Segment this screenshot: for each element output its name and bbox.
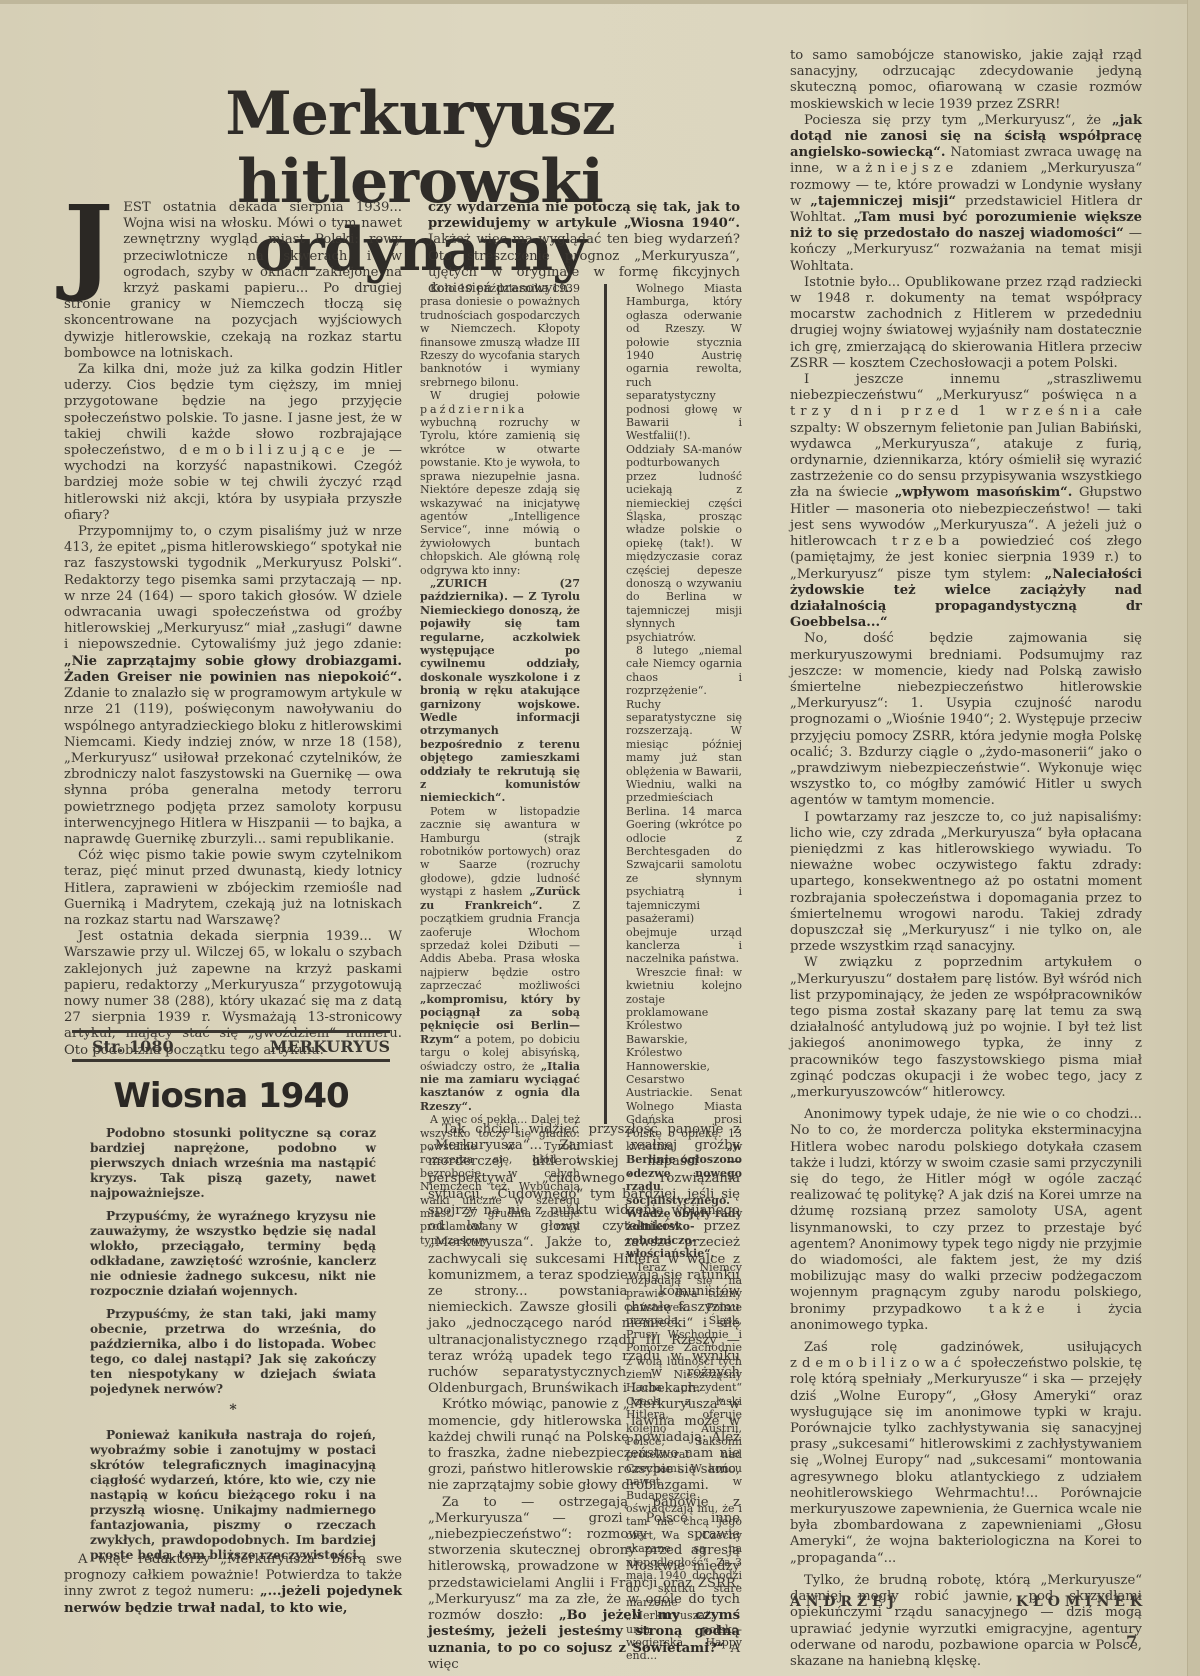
column-divider xyxy=(604,284,607,1124)
spaced-emphasis: października xyxy=(420,403,527,416)
paragraph-text: W drugiej połowie xyxy=(430,389,580,402)
drop-cap: J xyxy=(64,204,113,284)
paragraph-text: I jeszcze innemu „straszliwemu niebezpie… xyxy=(790,372,1142,403)
clipping-paragraph: Przypuśćmy, że stan taki, jaki mamy obec… xyxy=(90,1307,376,1397)
column-1: JEST ostatnia dekada sierpnia 1939... Wo… xyxy=(64,200,402,1059)
paragraph-text: Z początkiem grudnia Francja zaoferuje W… xyxy=(420,899,580,992)
paragraph: Anonimowy typek udaje, że nie wie o co c… xyxy=(790,1107,1142,1334)
paragraph-text: Przypomnijmy to, o czym pisaliśmy już w … xyxy=(64,524,402,652)
spaced-emphasis: trzeba xyxy=(892,534,965,549)
clipping-paragraph: Podobno stosunki polityczne są coraz bar… xyxy=(90,1126,376,1201)
paragraph: I powtarzamy raz jeszcze to, co już napi… xyxy=(790,810,1142,956)
paragraph: Tak chcieli widzieć przyszłość panowie z… xyxy=(428,1122,740,1397)
paragraph: Pociesza się przy tym „Merkuryusz“, że „… xyxy=(790,113,1142,275)
spaced-emphasis: zdemobilizować xyxy=(790,1356,966,1371)
author-signature: A N D R Z E J K Ł O M I N E K xyxy=(790,1594,1142,1610)
paragraph: „ZURICH (27 października). — Z Tyrolu Ni… xyxy=(420,577,580,805)
prognosis-subcolumn-left: Koło 10 października 1939 prasa doniesie… xyxy=(420,282,580,1247)
bold-quote: „Nie zaprzątajmy sobie głowy drobiazgami… xyxy=(64,654,402,685)
page-top-edge xyxy=(0,0,1200,4)
clipping-paragraph: Przypuśćmy, że wyraźnego kryzysu nie zau… xyxy=(90,1209,376,1299)
author-last-name: K Ł O M I N E K xyxy=(1016,1594,1142,1610)
paragraph: Istotnie było... Opublikowane przez rząd… xyxy=(790,275,1142,372)
clipping-paragraph: Ponieważ kanikuła nastraja do rojeń, wyo… xyxy=(90,1428,376,1563)
paragraph-text: Zdanie to znalazło się w programowym art… xyxy=(64,686,402,847)
paragraph: to samo samobójcze stanowisko, jakie zaj… xyxy=(790,48,1142,113)
paragraph-text: Potem w listopadzie zacznie się awantura… xyxy=(420,805,580,898)
paragraph: Za kilka dni, może już za kilka godzin H… xyxy=(64,362,402,524)
paragraph: Wolnego Miasta Hamburga, który ogłasza o… xyxy=(626,282,742,644)
paragraph-text: Za to — ostrzegają panowie z „Merkuryusz… xyxy=(428,1495,740,1623)
paragraph: Koło 10 października 1939 prasa doniesie… xyxy=(420,282,580,389)
merkuryusz-clipping: Str. 1080 MERKURYUS Wiosna 1940 Podobno … xyxy=(72,1030,390,1571)
paragraph: Cóż więc pismo takie powie swym czytelni… xyxy=(64,848,402,929)
paragraph: W drugiej połowie października wybuchną … xyxy=(420,389,580,577)
paragraph-text: wybuchną rozruchy w Tyrolu, które zamien… xyxy=(420,416,580,576)
paragraph: JEST ostatnia dekada sierpnia 1939... Wo… xyxy=(64,200,402,362)
clipping-masthead: MERKURYUS xyxy=(270,1037,390,1056)
spaced-emphasis: także xyxy=(989,1302,1050,1317)
paragraph: Za to — ostrzegają panowie z „Merkuryusz… xyxy=(428,1495,740,1673)
column-3: to samo samobójcze stanowisko, jakie zaj… xyxy=(790,48,1142,1670)
paragraph: W związku z poprzednim artykułem o „Merk… xyxy=(790,955,1142,1101)
magazine-page: Merkuryusz hitlerowski ordynarny JEST os… xyxy=(0,0,1200,1676)
page-number: 7 xyxy=(1126,1632,1137,1651)
paragraph: A więc redaktorzy „Merkuryusza“ biorą sw… xyxy=(64,1552,402,1617)
paragraph: Przypomnijmy to, o czym pisaliśmy już w … xyxy=(64,524,402,848)
spaced-emphasis: demobilizujące xyxy=(179,443,349,458)
paragraph-text: EST ostatnia dekada sierpnia 1939... Woj… xyxy=(64,200,402,361)
clipping-bottom-rule xyxy=(72,1059,390,1062)
bold-quote: „ZURICH (27 października). — Z Tyrolu Ni… xyxy=(420,577,580,805)
paragraph-text: społeczeństwo polskie, tę rolę którą spe… xyxy=(790,1356,1142,1565)
spaced-emphasis: ważniejsze xyxy=(836,161,958,176)
paragraph: Tylko, że brudną robotę, którą „Merkuryu… xyxy=(790,1573,1142,1670)
paragraph: I jeszcze innemu „straszliwemu niebezpie… xyxy=(790,372,1142,631)
bold-quote: „wpływom masońskim“. xyxy=(895,485,1073,500)
author-first-name: A N D R Z E J xyxy=(790,1594,894,1610)
paragraph: No, dość będzie zajmowania się merkuryus… xyxy=(790,631,1142,809)
clipping-header: Str. 1080 MERKURYUS xyxy=(72,1033,390,1059)
clipping-body: Podobno stosunki polityczne są coraz bar… xyxy=(72,1126,390,1563)
bold-quote: czy wydarzenia nie potoczą się tak, jak … xyxy=(428,200,740,231)
bold-quote: „tajemniczej misji“ xyxy=(810,194,956,209)
article-title-line-1: Merkuryusz hitlerowski xyxy=(120,80,720,216)
column-1-continuation: A więc redaktorzy „Merkuryusza“ biorą sw… xyxy=(64,1552,402,1617)
clipping-headline: Wiosna 1940 xyxy=(72,1076,390,1116)
paragraph-text: Pociesza się przy tym „Merkuryusz“, że xyxy=(804,113,1101,128)
paragraph-text: Anonimowy typek udaje, że nie wie o co c… xyxy=(790,1107,1142,1316)
paragraph: Zaś rolę gadzinówek, usiłujących zdemobi… xyxy=(790,1340,1142,1567)
paragraph: Krótko mówiąc, panowie z „Merkuryusza“ w… xyxy=(428,1397,740,1494)
column-2-continuation: Tak chcieli widzieć przyszłość panowie z… xyxy=(428,1122,740,1673)
page-right-edge xyxy=(1187,0,1200,1676)
clipping-page-label: Str. 1080 xyxy=(92,1037,174,1056)
paragraph: 8 lutego „niemal całe Niemcy ogarnia cha… xyxy=(626,644,742,966)
paragraph-text: Zaś rolę gadzinówek, usiłujących xyxy=(804,1340,1142,1355)
asterisk-separator-icon: * xyxy=(90,1403,376,1418)
paragraph: Potem w listopadzie zacznie się awantura… xyxy=(420,805,580,1113)
